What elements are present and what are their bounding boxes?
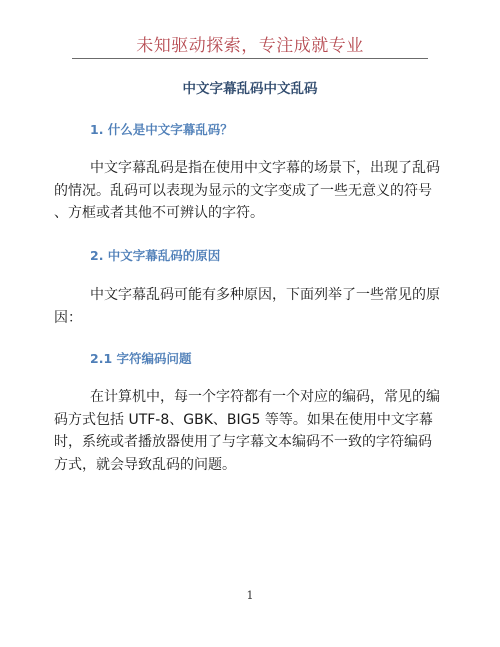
section-paragraph-1: 中文字幕乱码是指在使用中文字幕的场景下，出现了乱码 的情况。乱码可以表现为显示的…	[72, 157, 430, 225]
paragraph-line: 在计算机中，每一个字符都有一个对应的编码，常见的编	[72, 386, 430, 409]
paragraph-line: 时，系统或者播放器使用了与字幕文本编码不一致的字符编码	[54, 431, 430, 454]
paragraph-line: 中文字幕乱码是指在使用中文字幕的场景下，出现了乱码	[72, 157, 430, 180]
paragraph-line: 的情况。乱码可以表现为显示的文字变成了一些无意义的符号	[54, 180, 430, 203]
section-heading-2: 2. 中文字幕乱码的原因	[90, 247, 220, 265]
section-heading-1: 1. 什么是中文字幕乱码？	[90, 121, 233, 139]
section-paragraph-2-1: 在计算机中，每一个字符都有一个对应的编码，常见的编 码方式包括 UTF-8、GB…	[72, 386, 430, 476]
paragraph-line: 方式，就会导致乱码的问题。	[54, 454, 430, 477]
section-heading-2-1: 2.1 字符编码问题	[90, 350, 192, 368]
paragraph-line: 、方框或者其他不可辨认的字符。	[54, 202, 430, 225]
section-paragraph-2: 中文字幕乱码可能有多种原因，下面列举了一些常见的原 因：	[72, 284, 430, 329]
document-title: 中文字幕乱码中文乱码	[0, 80, 500, 98]
page-number: 1	[0, 589, 500, 602]
paragraph-line: 中文字幕乱码可能有多种原因，下面列举了一些常见的原	[72, 284, 430, 307]
header-divider	[72, 58, 428, 59]
paragraph-line: 码方式包括 UTF-8、GBK、BIG5 等等。如果在使用中文字幕	[54, 409, 430, 432]
paragraph-line: 因：	[54, 307, 430, 330]
page-header-slogan: 未知驱动探索，专注成就专业	[72, 36, 428, 56]
